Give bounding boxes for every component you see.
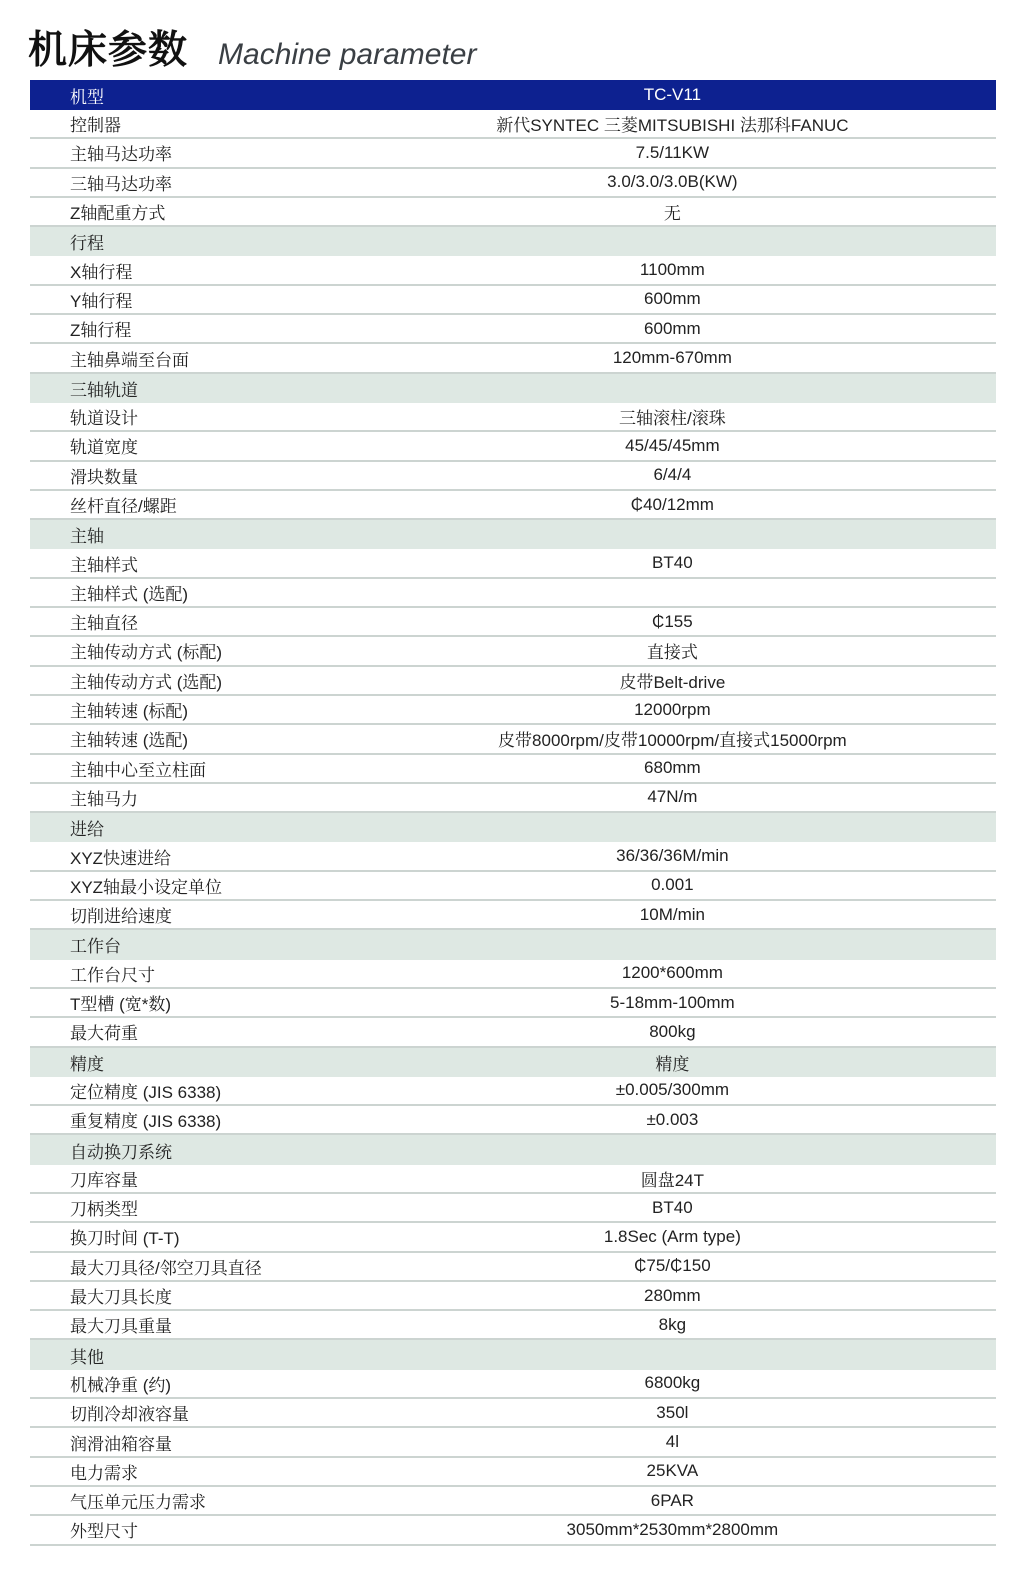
table-row: 润滑油箱容量4l — [30, 1428, 996, 1457]
row-value: 0.001 — [349, 875, 996, 895]
table-row: 主轴转速 (选配)皮带8000rpm/皮带10000rpm/直接式15000rp… — [30, 725, 996, 754]
table-row: 刀柄类型BT40 — [30, 1194, 996, 1223]
row-label: 其他 — [30, 1343, 349, 1368]
row-label: 气压单元压力需求 — [30, 1488, 349, 1513]
table-row: 机械净重 (约)6800kg — [30, 1370, 996, 1399]
table-row: 重复精度 (JIS 6338)±0.003 — [30, 1106, 996, 1135]
table-header-row: 机型 TC-V11 — [30, 80, 996, 110]
row-value: 680mm — [349, 758, 996, 778]
row-label: 最大刀具长度 — [30, 1283, 349, 1308]
table-header-model-label: 机型 — [30, 83, 349, 108]
row-label: 刀库容量 — [30, 1166, 349, 1191]
section-header-row: 精度精度 — [30, 1048, 996, 1077]
row-label: X轴行程 — [30, 258, 349, 283]
table-row: 主轴鼻端至台面120mm-670mm — [30, 344, 996, 373]
row-value: 皮带Belt-drive — [349, 668, 996, 693]
table-row: 主轴马力47N/m — [30, 784, 996, 813]
table-row: 切削冷却液容量350l — [30, 1399, 996, 1428]
row-value: ₵40/12mm — [349, 495, 996, 515]
row-value: 45/45/45mm — [349, 436, 996, 456]
table-row: 最大刀具重量8kg — [30, 1311, 996, 1340]
table-header-model-value: TC-V11 — [349, 85, 996, 105]
row-label: 外型尺寸 — [30, 1517, 349, 1542]
table-row: 控制器新代SYNTEC 三菱MITSUBISHI 法那科FANUC — [30, 110, 996, 139]
row-value: 3050mm*2530mm*2800mm — [349, 1520, 996, 1540]
row-label: 工作台尺寸 — [30, 961, 349, 986]
row-label: 最大荷重 — [30, 1019, 349, 1044]
page-title-zh: 机床参数 — [28, 31, 188, 70]
row-label: 最大刀具重量 — [30, 1312, 349, 1337]
row-value: 350l — [349, 1403, 996, 1423]
row-value: 直接式 — [349, 638, 996, 663]
row-label: XYZ轴最小设定单位 — [30, 873, 349, 898]
section-header-row: 其他 — [30, 1340, 996, 1369]
row-label: 电力需求 — [30, 1459, 349, 1484]
row-label: 刀柄类型 — [30, 1195, 349, 1220]
row-label: 主轴转速 (标配) — [30, 697, 349, 722]
row-value: 5-18mm-100mm — [349, 993, 996, 1013]
row-value: 6PAR — [349, 1491, 996, 1511]
row-value: 无 — [349, 199, 996, 224]
row-label: 主轴传动方式 (选配) — [30, 668, 349, 693]
table-row: 主轴转速 (标配)12000rpm — [30, 696, 996, 725]
row-value: 600mm — [349, 289, 996, 309]
row-label: 主轴马力 — [30, 785, 349, 810]
section-header-row: 工作台 — [30, 930, 996, 959]
row-label: XYZ快速进给 — [30, 844, 349, 869]
row-label: 滑块数量 — [30, 463, 349, 488]
table-row: XYZ快速进给36/36/36M/min — [30, 842, 996, 871]
row-label: 主轴转速 (选配) — [30, 726, 349, 751]
table-row: 轨道宽度45/45/45mm — [30, 432, 996, 461]
table-row: 气压单元压力需求6PAR — [30, 1487, 996, 1516]
section-header-row: 自动换刀系统 — [30, 1135, 996, 1164]
table-row: 主轴中心至立柱面680mm — [30, 755, 996, 784]
table-row: 最大荷重800kg — [30, 1018, 996, 1047]
table-row: XYZ轴最小设定单位0.001 — [30, 872, 996, 901]
row-value: 6800kg — [349, 1373, 996, 1393]
table-row: 主轴样式 (选配) — [30, 579, 996, 608]
row-label: 润滑油箱容量 — [30, 1430, 349, 1455]
row-value: 36/36/36M/min — [349, 846, 996, 866]
row-label: 主轴马达功率 — [30, 140, 349, 165]
row-value: 6/4/4 — [349, 465, 996, 485]
row-label: 最大刀具径/邻空刀具直径 — [30, 1254, 349, 1279]
row-value: 25KVA — [349, 1461, 996, 1481]
row-label: 主轴鼻端至台面 — [30, 346, 349, 371]
row-label: 切削冷却液容量 — [30, 1400, 349, 1425]
row-value: BT40 — [349, 1198, 996, 1218]
row-value: 皮带8000rpm/皮带10000rpm/直接式15000rpm — [349, 726, 996, 751]
table-row: 主轴传动方式 (选配)皮带Belt-drive — [30, 667, 996, 696]
row-value: 精度 — [349, 1050, 996, 1075]
row-label: 轨道设计 — [30, 404, 349, 429]
row-label: 工作台 — [30, 932, 349, 957]
row-label: 三轴轨道 — [30, 376, 349, 401]
table-row: Z轴行程600mm — [30, 315, 996, 344]
table-row: Z轴配重方式无 — [30, 198, 996, 227]
row-value: ₵75/₵150 — [349, 1256, 996, 1276]
row-value: 7.5/11KW — [349, 143, 996, 163]
section-header-row: 行程 — [30, 227, 996, 256]
table-row: 电力需求25KVA — [30, 1458, 996, 1487]
row-label: 机械净重 (约) — [30, 1371, 349, 1396]
row-value: 圆盘24T — [349, 1166, 996, 1191]
row-label: 换刀时间 (T-T) — [30, 1224, 349, 1249]
table-row: 定位精度 (JIS 6338)±0.005/300mm — [30, 1077, 996, 1106]
row-value: 800kg — [349, 1022, 996, 1042]
row-value: 3.0/3.0/3.0B(KW) — [349, 172, 996, 192]
row-label: 进给 — [30, 815, 349, 840]
row-label: 主轴样式 (选配) — [30, 580, 349, 605]
row-label: 主轴中心至立柱面 — [30, 756, 349, 781]
row-value: 10M/min — [349, 905, 996, 925]
table-row: 换刀时间 (T-T)1.8Sec (Arm type) — [30, 1223, 996, 1252]
table-row: 最大刀具径/邻空刀具直径₵75/₵150 — [30, 1253, 996, 1282]
row-value: 1100mm — [349, 260, 996, 280]
row-label: Z轴行程 — [30, 316, 349, 341]
row-label: 控制器 — [30, 111, 349, 136]
row-label: 主轴样式 — [30, 551, 349, 576]
table-row: T型槽 (宽*数)5-18mm-100mm — [30, 989, 996, 1018]
page-header: 机床参数 Machine parameter — [0, 0, 1026, 70]
spec-table: 机型 TC-V11 控制器新代SYNTEC 三菱MITSUBISHI 法那科FA… — [30, 80, 996, 1546]
row-value: 120mm-670mm — [349, 348, 996, 368]
table-row: 主轴样式BT40 — [30, 549, 996, 578]
row-value: 4l — [349, 1432, 996, 1452]
machine-parameter-sheet: 机床参数 Machine parameter 机型 TC-V11 控制器新代SY… — [0, 0, 1026, 1546]
row-label: 切削进给速度 — [30, 902, 349, 927]
table-row: 工作台尺寸1200*600mm — [30, 960, 996, 989]
row-value: 47N/m — [349, 787, 996, 807]
row-label: Z轴配重方式 — [30, 199, 349, 224]
table-row: 主轴传动方式 (标配)直接式 — [30, 637, 996, 666]
row-value: ±0.003 — [349, 1110, 996, 1130]
row-value: BT40 — [349, 553, 996, 573]
table-row: 外型尺寸3050mm*2530mm*2800mm — [30, 1516, 996, 1545]
row-value: 8kg — [349, 1315, 996, 1335]
table-row: 主轴直径₵155 — [30, 608, 996, 637]
table-row: 刀库容量圆盘24T — [30, 1165, 996, 1194]
row-value: 三轴滚柱/滚珠 — [349, 404, 996, 429]
row-label: T型槽 (宽*数) — [30, 990, 349, 1015]
row-label: 三轴马达功率 — [30, 170, 349, 195]
table-row: Y轴行程600mm — [30, 286, 996, 315]
row-label: 重复精度 (JIS 6338) — [30, 1107, 349, 1132]
row-label: 丝杆直径/螺距 — [30, 492, 349, 517]
table-body: 控制器新代SYNTEC 三菱MITSUBISHI 法那科FANUC主轴马达功率7… — [30, 110, 996, 1546]
table-row: 切削进给速度10M/min — [30, 901, 996, 930]
table-row: 最大刀具长度280mm — [30, 1282, 996, 1311]
page-title-en: Machine parameter — [218, 39, 476, 71]
table-row: 三轴马达功率3.0/3.0/3.0B(KW) — [30, 169, 996, 198]
row-value: 1200*600mm — [349, 963, 996, 983]
row-label: 行程 — [30, 229, 349, 254]
row-label: 自动换刀系统 — [30, 1138, 349, 1163]
section-header-row: 进给 — [30, 813, 996, 842]
row-value: 600mm — [349, 319, 996, 339]
row-label: 定位精度 (JIS 6338) — [30, 1078, 349, 1103]
row-label: 主轴 — [30, 522, 349, 547]
row-value: 新代SYNTEC 三菱MITSUBISHI 法那科FANUC — [349, 111, 996, 136]
table-row: 主轴马达功率7.5/11KW — [30, 139, 996, 168]
table-row: 轨道设计三轴滚柱/滚珠 — [30, 403, 996, 432]
row-value: 12000rpm — [349, 700, 996, 720]
row-value: ₵155 — [349, 612, 996, 632]
table-row: 滑块数量6/4/4 — [30, 462, 996, 491]
section-header-row: 三轴轨道 — [30, 374, 996, 403]
row-value: ±0.005/300mm — [349, 1080, 996, 1100]
row-label: 轨道宽度 — [30, 433, 349, 458]
row-value: 1.8Sec (Arm type) — [349, 1227, 996, 1247]
row-label: 主轴直径 — [30, 609, 349, 634]
row-label: Y轴行程 — [30, 287, 349, 312]
row-value: 280mm — [349, 1286, 996, 1306]
section-header-row: 主轴 — [30, 520, 996, 549]
row-label: 主轴传动方式 (标配) — [30, 638, 349, 663]
row-label: 精度 — [30, 1050, 349, 1075]
table-row: 丝杆直径/螺距₵40/12mm — [30, 491, 996, 520]
table-row: X轴行程1100mm — [30, 256, 996, 285]
